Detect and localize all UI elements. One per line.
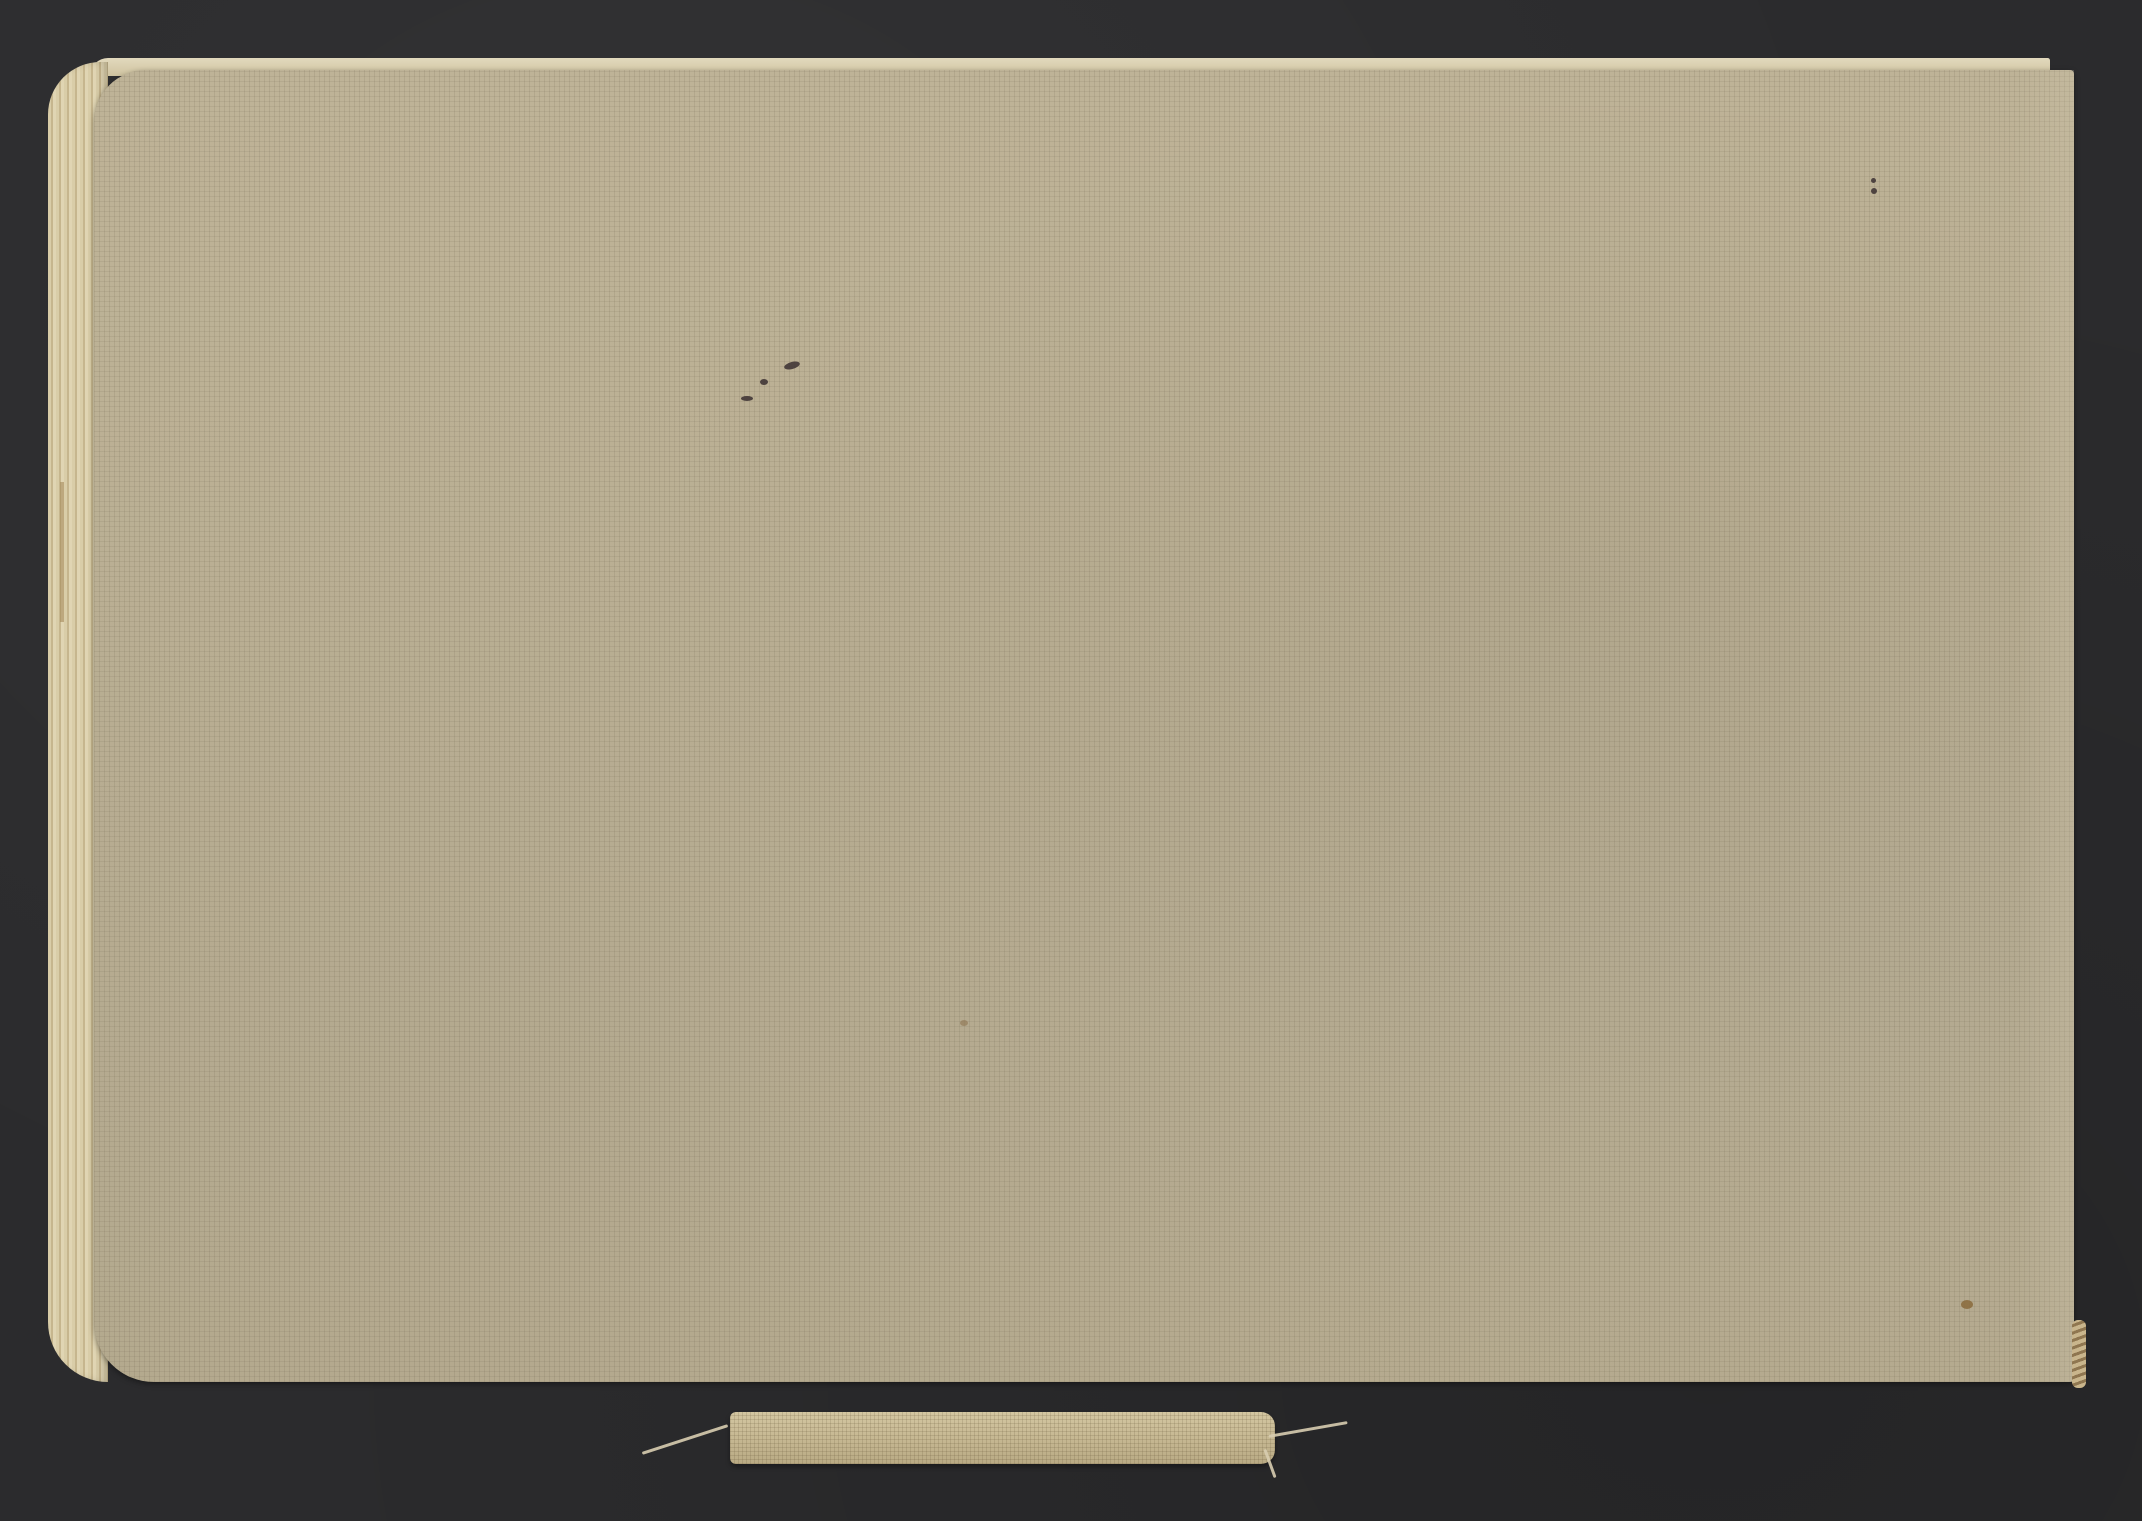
strap-fray <box>1268 1421 1347 1438</box>
ink-spot <box>760 379 768 385</box>
cover-spine-edge <box>2014 70 2074 1382</box>
photo-background <box>0 0 2142 1521</box>
pencil-loop-strap <box>730 1412 1275 1464</box>
ink-spot <box>1871 178 1876 183</box>
ink-spot <box>960 1020 968 1026</box>
ink-spot <box>783 360 800 371</box>
ink-spot <box>1961 1300 1973 1309</box>
notebook-cover <box>94 70 2074 1382</box>
strap-fray <box>642 1424 729 1455</box>
ink-spot <box>1871 188 1877 194</box>
cover-corner-fray <box>2072 1320 2086 1388</box>
ink-spot <box>741 396 753 401</box>
